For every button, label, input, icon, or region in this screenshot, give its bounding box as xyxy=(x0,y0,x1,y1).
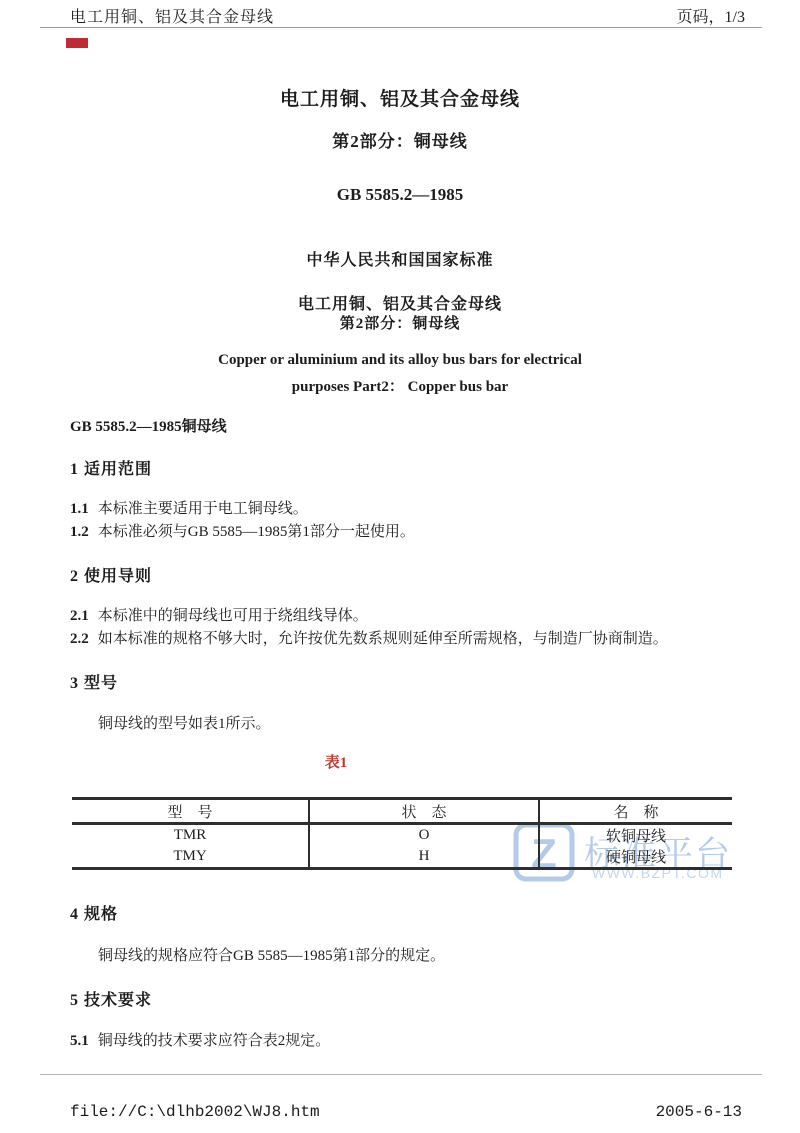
clause-text: 本标准中的铜母线也可用于绕组线导体。 xyxy=(98,608,368,624)
col-header-model: 型 号 xyxy=(72,799,309,824)
main-title: 电工用铜、铝及其合金母线 xyxy=(0,84,800,111)
clause-1-2: 1.2本标准必须与GB 5585—1985第1部分一起使用。 xyxy=(70,520,415,541)
col-header-state: 状 态 xyxy=(309,799,539,824)
file-path: file://C:\dlhb2002\WJ8.htm xyxy=(70,1103,320,1121)
clause-number: 2.1 xyxy=(70,608,89,624)
section-4-heading: 4 规格 xyxy=(70,901,118,924)
red-marker xyxy=(66,38,88,48)
col-header-name: 名 称 xyxy=(539,799,732,824)
clause-2-2: 2.2如本标准的规格不够大时，允许按优先数系规则延伸至所需规格，与制造厂协商制造… xyxy=(70,627,668,648)
clause-number: 5.1 xyxy=(70,1033,89,1049)
table-1: 型 号 状 态 名 称 TMR O 软铜母线 TMY H 硬铜母线 xyxy=(72,797,732,870)
national-standard-label: 中华人民共和国国家标准 xyxy=(0,247,800,270)
clause-text: 本标准主要适用于电工铜母线。 xyxy=(98,501,308,517)
cell-state: H xyxy=(309,846,539,869)
section-1-heading: 1 适用范围 xyxy=(70,456,152,479)
running-header-title: 电工用铜、铝及其合金母线 xyxy=(70,4,274,27)
cell-name: 硬铜母线 xyxy=(539,846,732,869)
cell-state: O xyxy=(309,824,539,847)
clause-2-1: 2.1本标准中的铜母线也可用于绕组线导体。 xyxy=(70,604,368,625)
clause-number: 1.2 xyxy=(70,524,89,540)
standard-name-cn: 电工用铜、铝及其合金母线 xyxy=(0,291,800,314)
footer-rule xyxy=(40,1074,762,1075)
clause-5-1: 5.1铜母线的技术要求应符合表2规定。 xyxy=(70,1029,330,1050)
table-header-row: 型 号 状 态 名 称 xyxy=(72,799,732,824)
footer-date: 2005-6-13 xyxy=(656,1103,742,1121)
clause-1-1: 1.1本标准主要适用于电工铜母线。 xyxy=(70,497,308,518)
table-row: TMY H 硬铜母线 xyxy=(72,846,732,869)
cell-name: 软铜母线 xyxy=(539,824,732,847)
section-3-heading: 3 型号 xyxy=(70,670,118,693)
document-page: 电工用铜、铝及其合金母线 页码，1/3 电工用铜、铝及其合金母线 第2部分：铜母… xyxy=(0,0,800,1133)
clause-text: 本标准必须与GB 5585—1985第1部分一起使用。 xyxy=(98,524,415,540)
part-title: 第2部分：铜母线 xyxy=(0,127,800,152)
standard-number: GB 5585.2—1985 xyxy=(0,185,800,205)
clause-number: 2.2 xyxy=(70,631,89,647)
clause-text: 铜母线的技术要求应符合表2规定。 xyxy=(98,1033,331,1049)
cell-model: TMR xyxy=(72,824,309,847)
section-5-heading: 5 技术要求 xyxy=(70,987,152,1010)
section-3-paragraph: 铜母线的型号如表1所示。 xyxy=(98,712,271,733)
cell-model: TMY xyxy=(72,846,309,869)
standard-part-cn: 第2部分：铜母线 xyxy=(0,312,800,333)
section-4-paragraph: 铜母线的规格应符合GB 5585—1985第1部分的规定。 xyxy=(98,944,445,965)
table-1-caption: 表1 xyxy=(0,751,672,772)
section-2-heading: 2 使用导则 xyxy=(70,563,152,586)
table-row: TMR O 软铜母线 xyxy=(72,824,732,847)
clause-number: 1.1 xyxy=(70,501,89,517)
page-number: 页码，1/3 xyxy=(677,4,745,27)
english-title-line1: Copper or aluminium and its alloy bus ba… xyxy=(0,352,800,369)
header-rule xyxy=(40,27,762,28)
clause-text: 如本标准的规格不够大时，允许按优先数系规则延伸至所需规格，与制造厂协商制造。 xyxy=(98,631,668,647)
doc-label: GB 5585.2—1985铜母线 xyxy=(70,415,227,436)
english-title-line2: purposes Part2： Copper bus bar xyxy=(0,375,800,396)
